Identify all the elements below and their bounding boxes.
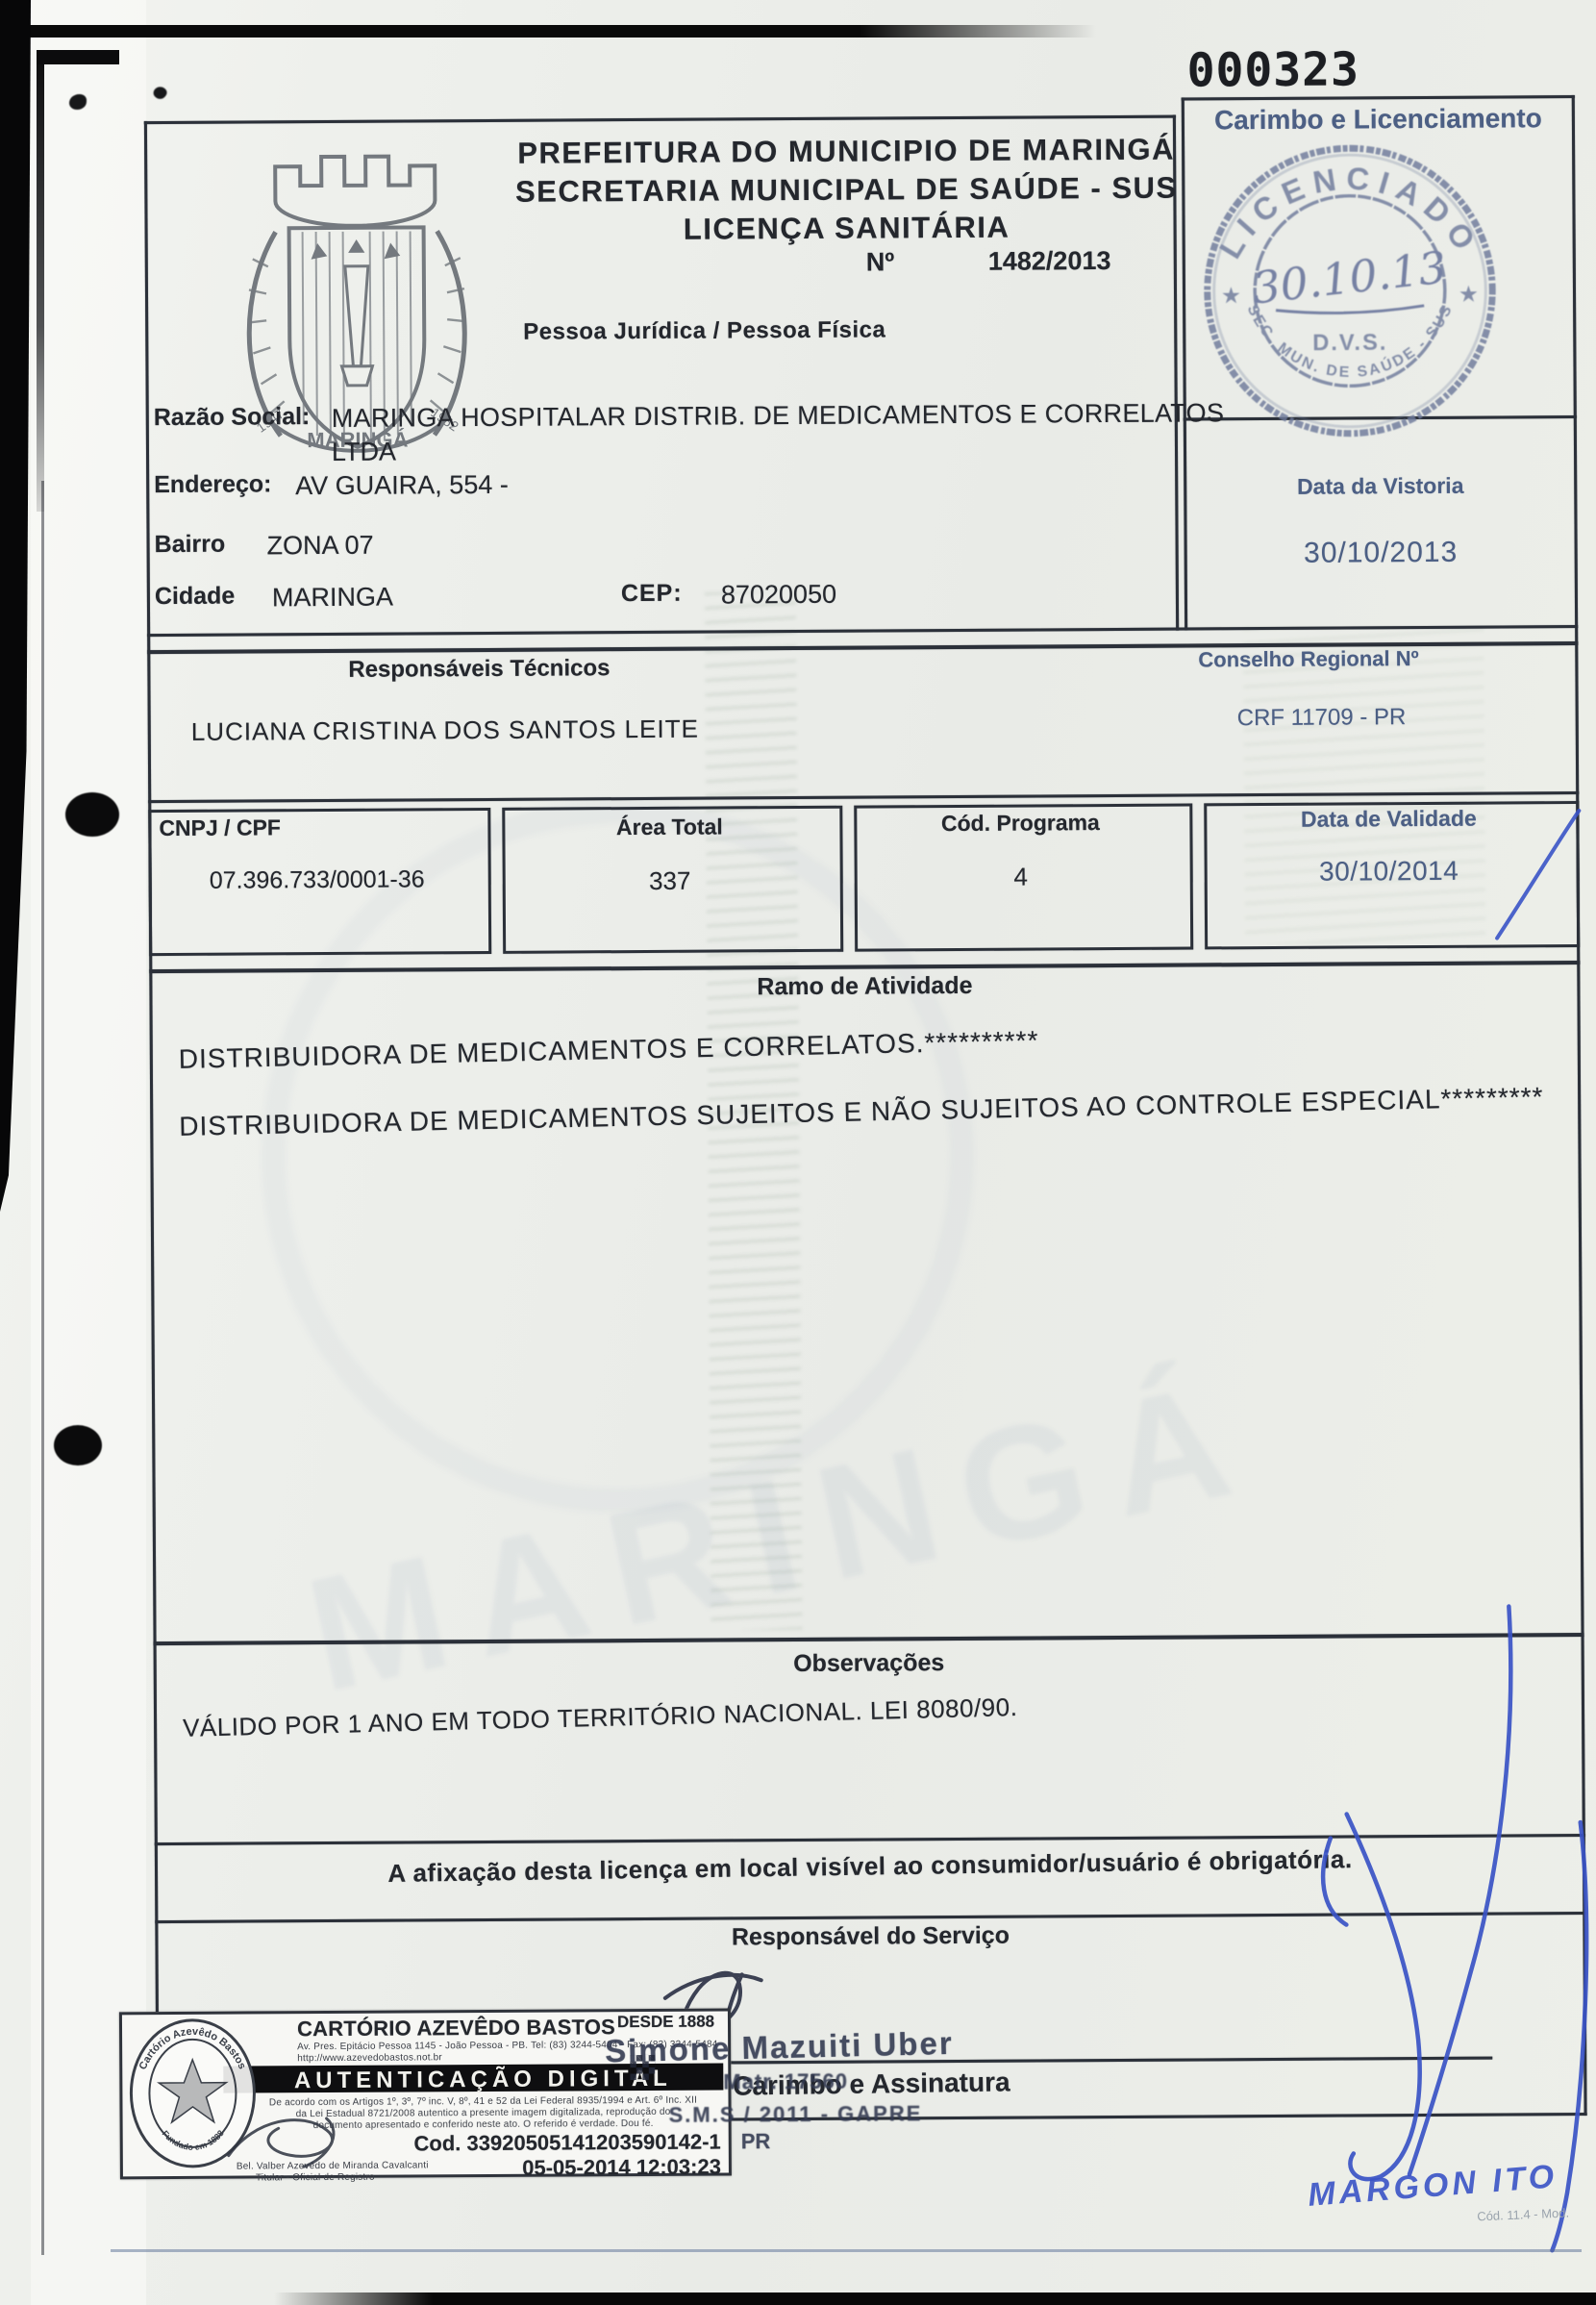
serial-number: 000323 (1186, 42, 1359, 97)
responsavel-tecnico-nome: LUCIANA CRISTINA DOS SANTOS LEITE (191, 714, 699, 747)
hole-punch-bottom (54, 1425, 102, 1466)
razao-social-value: MARINGA HOSPITALAR DISTRIB. DE MEDICAMEN… (332, 398, 1225, 434)
conselho-label: Conselho Regional Nº (1198, 646, 1418, 672)
scan-top-edge (24, 25, 1096, 38)
cidade-label: Cidade (155, 583, 236, 612)
endereco-value: AV GUAIRA, 554 - (295, 470, 509, 501)
razao-social-value2: LTDA (332, 438, 396, 467)
gestora-stamp-orgao: S.M.S / 2011 - GAPRE (668, 2101, 922, 2128)
cnpj-value: 07.396.733/0001-36 (149, 865, 486, 895)
vistoria-value: 30/10/2013 (1190, 536, 1572, 570)
cnpj-label: CNPJ / CPF (159, 814, 281, 841)
document-layer: MARINGÁ 000323 PREFEITURA DO MUNICIPIO D… (0, 0, 1596, 2305)
bairro-label: Bairro (155, 531, 226, 559)
pessoa-subtitle: Pessoa Jurídica / Pessoa Física (523, 316, 885, 345)
cod-programa-label: Cód. Programa (854, 810, 1186, 838)
cartorio-site: http://www.azevedobastos.not.br (297, 2052, 442, 2064)
observacoes-texto: VÁLIDO POR 1 ANO EM TODO TERRITÓRIO NACI… (183, 1692, 1018, 1743)
gestora-stamp-nome: Simone Mazuiti Uber (605, 2025, 954, 2070)
cidade-value: MARINGA (272, 583, 393, 614)
notary-signature (211, 2099, 403, 2177)
scan-bottom-edge (274, 2292, 1596, 2305)
scanned-license-document: MARINGÁ 000323 PREFEITURA DO MUNICIPIO D… (0, 0, 1596, 2305)
scan-corner-bracket-h (37, 50, 119, 64)
vistoria-label: Data da Vistoria (1189, 472, 1571, 500)
razao-social-label: Razão Social: (154, 403, 311, 432)
cartorio-nome: CARTÓRIO AZEVÊDO BASTOS (297, 2015, 615, 2042)
cartorio-cod: Cod. 33920505141203590142-1 (411, 2130, 721, 2157)
stamp-handwritten-date: 30.10.13 (1250, 241, 1449, 313)
conselho-value: CRF 11709 - PR (1237, 704, 1407, 732)
stamp-checker-mark (630, 2055, 655, 2080)
license-number-label: Nº (866, 247, 895, 277)
area-label: Área Total (502, 814, 836, 841)
header-title-line1: PREFEITURA DO MUNICIPIO DE MARINGÁ (514, 133, 1178, 171)
carimbo-box-left-border (1182, 98, 1187, 631)
cep-value: 87020050 (721, 580, 836, 611)
page-frame-left-line (41, 481, 44, 2255)
svg-text:LICENCIADO: LICENCIADO (1211, 159, 1487, 264)
scan-corner-bracket-v (37, 50, 44, 512)
stamp-star-left: ★ (1221, 284, 1241, 309)
stamp-dvs-text: D.V.S. (1312, 331, 1387, 356)
page-frame-bottom-line (111, 2249, 1582, 2252)
hole-punch-top (65, 792, 119, 837)
header-title-line2: SECRETARIA MUNICIPAL DE SAÚDE - SUS (514, 171, 1178, 210)
bairro-value: ZONA 07 (267, 531, 374, 562)
header-box-top-border (144, 115, 1176, 125)
cep-label: CEP: (621, 580, 683, 608)
area-value: 337 (503, 865, 837, 897)
gestora-stamp-uf: PR (741, 2129, 771, 2154)
license-number-value: 1482/2013 (988, 246, 1111, 277)
stamp-arc-top-text: LICENCIADO (1211, 159, 1487, 264)
stamp-star-right: ★ (1459, 283, 1479, 308)
responsaveis-title: Responsáveis Técnicos (287, 655, 671, 684)
cod-programa-value: 4 (855, 862, 1187, 893)
gestora-stamp-matricula: Matr. 17560 (723, 2069, 848, 2095)
licenciado-stamp: LICENCIADO SEC. MUN. DE SAÚDE - SUS ★ ★ … (1187, 128, 1512, 453)
validade-pen-slash (1484, 803, 1586, 948)
header-title-line3: LICENÇA SANITÁRIA (514, 210, 1178, 248)
endereco-label: Endereço: (154, 470, 271, 499)
cartorio-datahora: 05-05-2014 12:03:23 (411, 2155, 721, 2182)
cartorio-desde: DESDE 1888 (617, 2013, 714, 2033)
